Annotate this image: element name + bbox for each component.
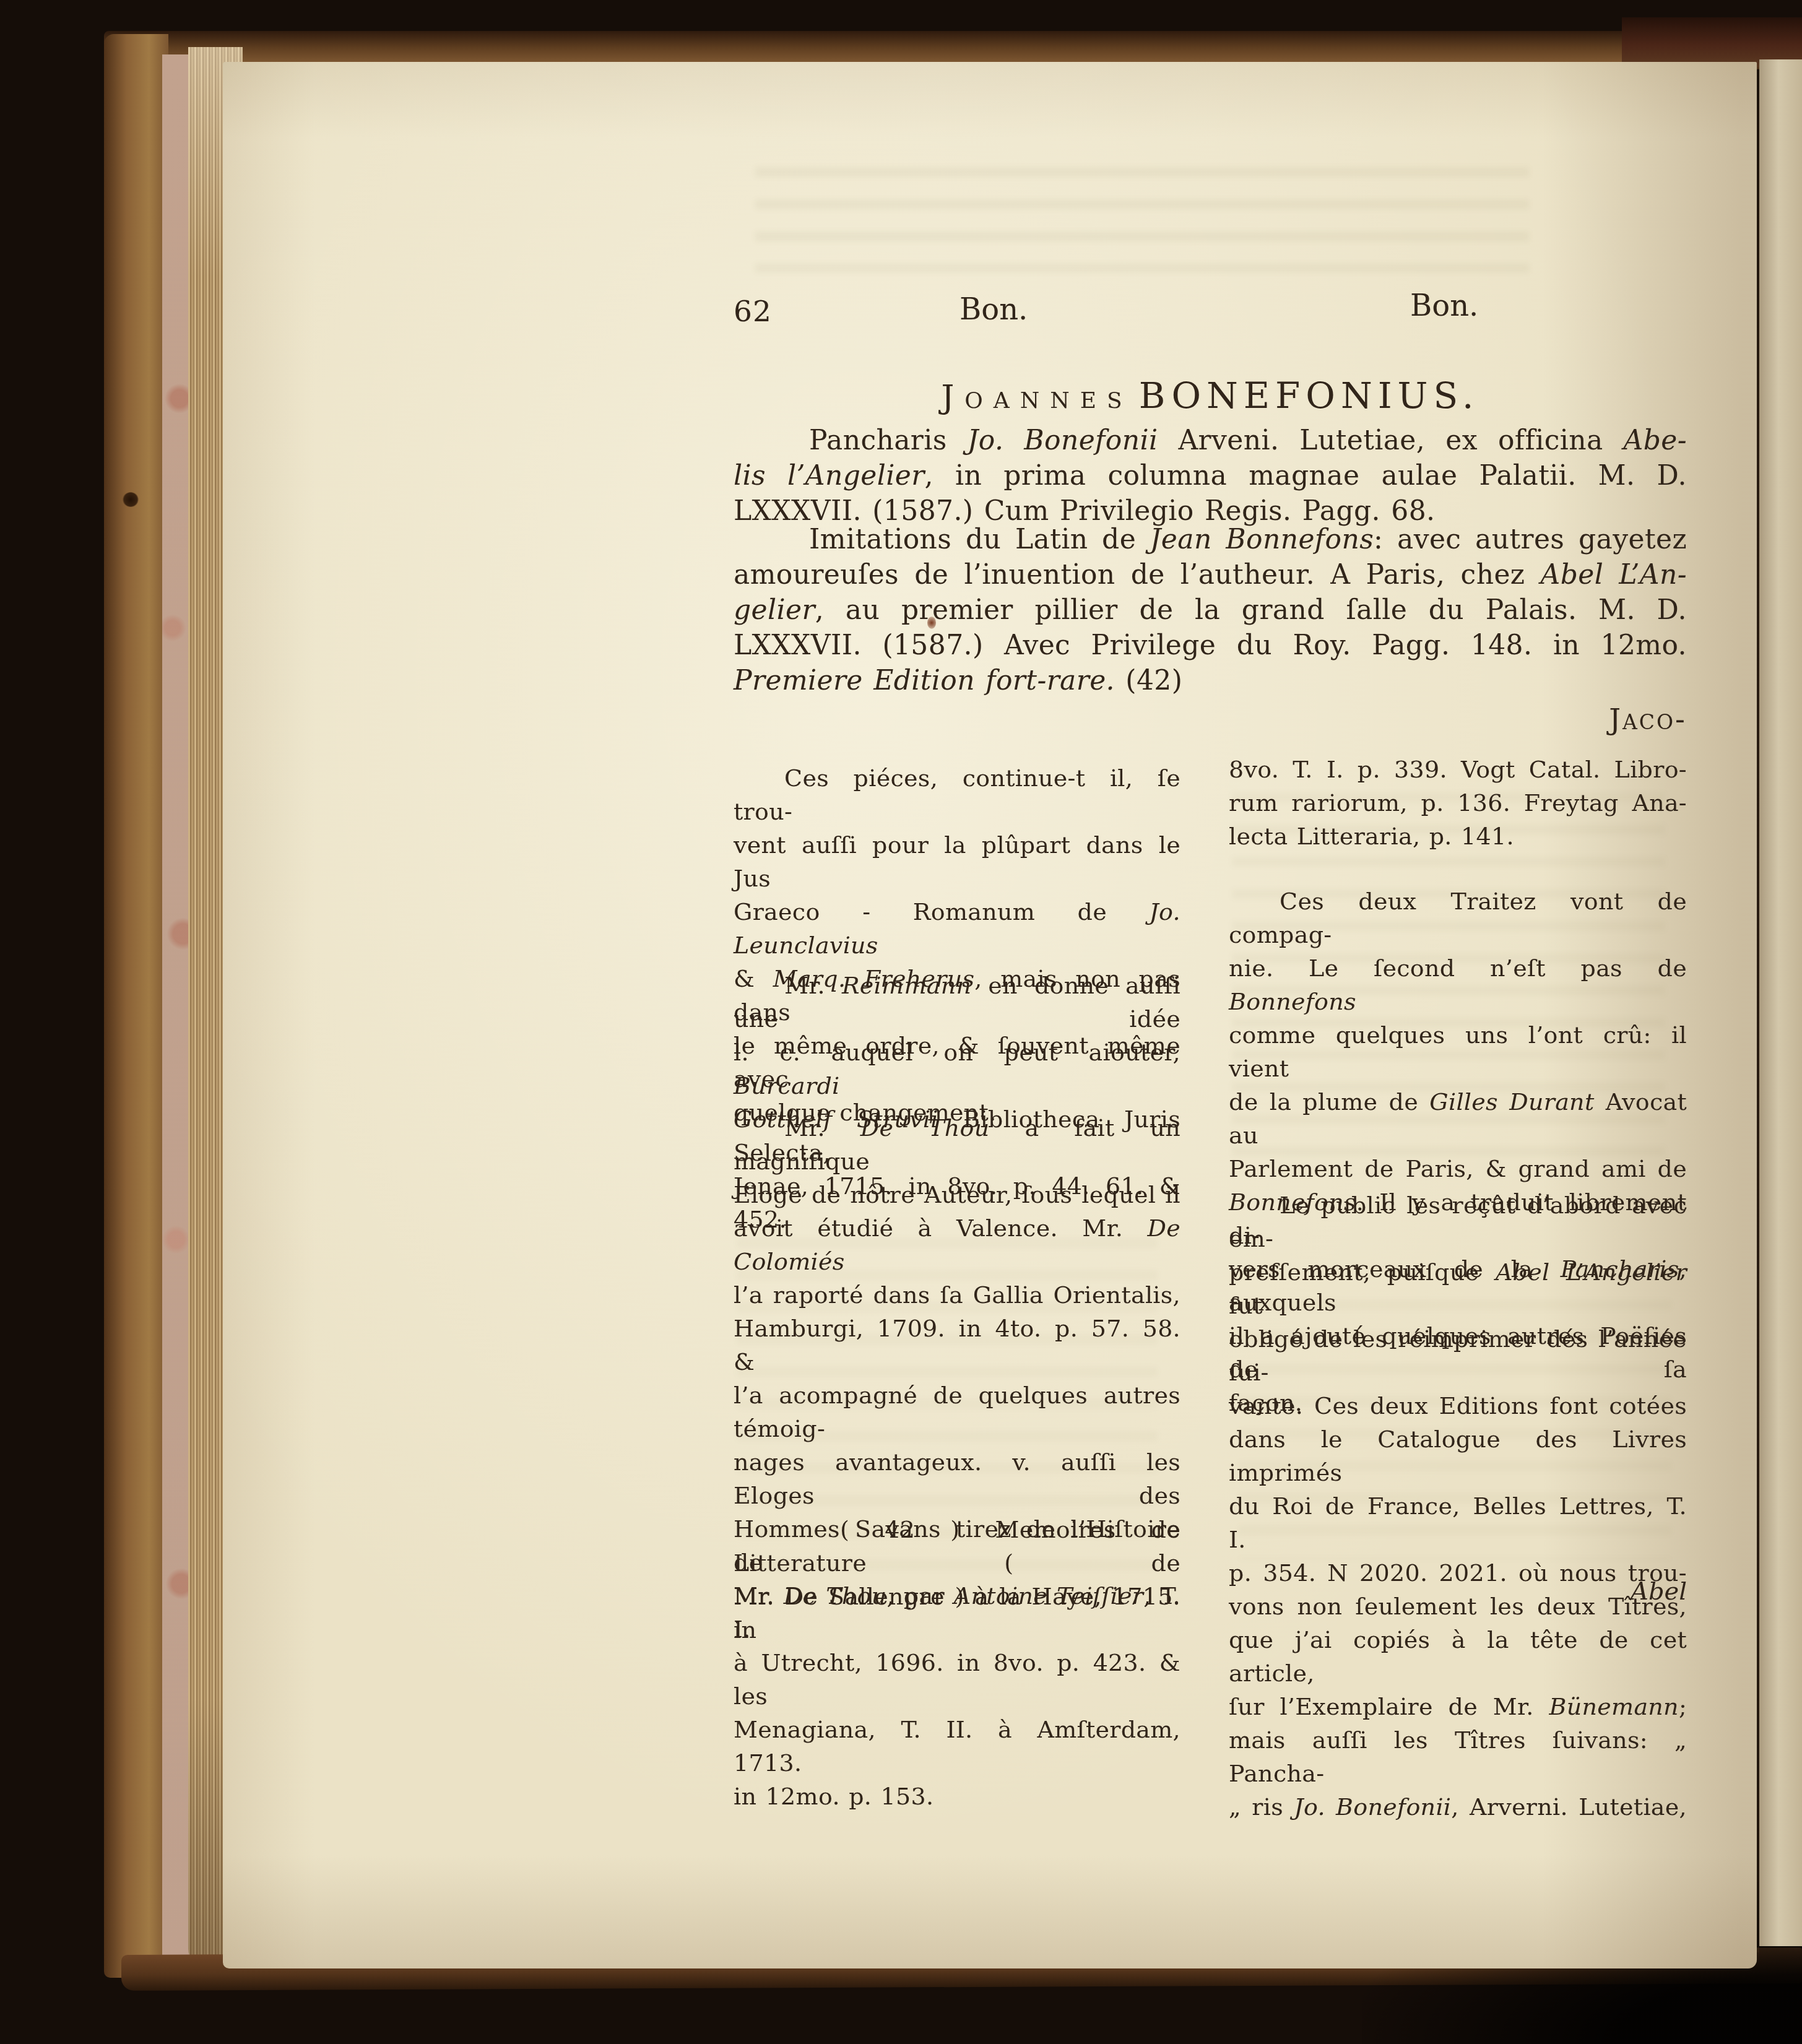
text-segment: Arveni. Lutetiae, ex officina: [1158, 425, 1623, 456]
text-line: Imitations du Latin de Jean Bonnefons: a…: [734, 522, 1687, 557]
text-segment: ;: [1679, 1693, 1687, 1720]
text-segment: Mr.: [784, 972, 842, 999]
text-segment: vante. Ces deux Editions font cotées: [1229, 1392, 1687, 1419]
text-line: Mr. Reimmann en donne auſſi une idée: [734, 969, 1180, 1036]
text-line: vante. Ces deux Editions font cotées: [1229, 1389, 1687, 1423]
text-segment: lecta Litteraria, p. 141.: [1229, 823, 1514, 850]
text-segment: Abe-: [1624, 425, 1687, 456]
text-line: nages avantageux. v. auſſi les Eloges de…: [734, 1445, 1180, 1512]
running-head-left: Bon.: [959, 292, 1028, 327]
text-segment: , in prima columna magnae aulae Palatii.…: [925, 460, 1687, 492]
text-segment: Jo. Bonefonii: [1294, 1793, 1451, 1821]
text-line: LXXXVII. (1587.) Avec Privilege du Roy. …: [734, 628, 1687, 663]
text-segment: Ces deux Traitez vont de compag-: [1229, 888, 1687, 948]
text-segment: dans le Catalogue des Livres imprimés: [1229, 1426, 1687, 1486]
text-line: lecta Litteraria, p. 141.: [1229, 820, 1687, 853]
text-line: l. c. auquel on peut aiouter, Burcardi: [734, 1036, 1180, 1102]
paragraph-de-thou: Mr. De Thou a fait un magnifiqueEloge de…: [734, 1111, 1180, 1813]
text-line: rum rariorum, p. 136. Freytag Ana-: [1229, 786, 1687, 820]
text-line: nie. Le ſecond n’eſt pas de Bonnefons: [1229, 951, 1687, 1018]
adjacent-page-edge: [1759, 59, 1802, 1946]
text-segment: Jo. Bonefonii: [968, 425, 1158, 456]
running-head-right: Bon.: [1410, 288, 1478, 323]
text-segment: Gilles Durant: [1429, 1088, 1594, 1115]
text-line: Parlement de Paris, & grand ami de: [1229, 1152, 1687, 1185]
text-line: 8vo. T. I. p. 339. Vogt Catal. Libro-: [1229, 753, 1687, 786]
text-line: amoureuſes de l’inuention de l’autheur. …: [734, 557, 1687, 592]
text-line: ( 42 ) Memoires de Litterature ( de: [734, 1513, 1180, 1580]
text-line: Mr. De Thou a fait un magnifique: [734, 1111, 1180, 1178]
text-segment: De Thou: [860, 1114, 990, 1141]
catchword-jaco: Jaco-: [734, 703, 1687, 737]
text-segment: „ ris: [1229, 1793, 1294, 1821]
text-line: de la plume de Gilles Durant Avocat au: [1229, 1085, 1687, 1152]
text-segment: avoit étudié à Valence. Mr.: [734, 1215, 1147, 1242]
text-segment: Parlement de Paris, & grand ami de: [1229, 1155, 1687, 1182]
text-line: „ ris Jo. Bonefonii, Arverni. Lutetiae,: [1229, 1790, 1687, 1824]
text-segment: Eloge de nôtre Auteur, ſous lequel il: [734, 1181, 1180, 1208]
text-segment: Mr.: [784, 1114, 860, 1141]
text-line: lis l’Angelier, in prima columna magnae …: [734, 458, 1687, 493]
text-segment: mais auſſi les Tîtres ſuivans: „ Pancha-: [1229, 1726, 1687, 1787]
text-segment: vent auſſi pour la plûpart dans le Jus: [734, 831, 1180, 892]
text-segment: l’a raporté dans ſa Gallia Orientalis,: [734, 1281, 1180, 1309]
text-line: obligé de les réimprimer dés l’année ſui…: [1229, 1322, 1687, 1389]
catchword-abel: Abel: [1229, 1577, 1687, 1606]
text-segment: nie. Le ſecond n’eſt pas de: [1229, 955, 1687, 982]
text-line: gelier, au premier pillier de la grand ſ…: [734, 592, 1687, 628]
paragraph-imitations: Imitations du Latin de Jean Bonnefons: a…: [734, 522, 1687, 698]
cover-stain-spot: [123, 492, 139, 507]
text-segment: Abel L’An-: [1541, 559, 1687, 591]
text-line: dans le Catalogue des Livres imprimés: [1229, 1423, 1687, 1489]
text-line: du Roi de France, Belles Lettres, T. I.: [1229, 1489, 1687, 1556]
text-line: l’a acompagné de quelques autres témoig-: [734, 1379, 1180, 1445]
text-line: Ces piéces, continue-t il, ſe trou-: [734, 761, 1180, 828]
text-line: Premiere Edition fort-rare. (42): [734, 663, 1687, 698]
text-line: Le public les reçût d’abord avec em-: [1229, 1189, 1687, 1255]
text-segment: ( 42 ) Memoires de Litterature ( de: [734, 1516, 1180, 1577]
text-segment: Hamburgi, 1709. in 4to. p. 57. 58. &: [734, 1315, 1180, 1375]
article-title-forename: Joannes: [941, 379, 1132, 416]
text-segment: Jean Bonnefons: [1150, 524, 1374, 555]
text-segment: Bünemann: [1549, 1693, 1678, 1720]
text-segment: fut: [1229, 1292, 1263, 1319]
text-line: Pancharis Jo. Bonefonii Arveni. Lutetiae…: [734, 423, 1687, 458]
text-line: vent auſſi pour la plûpart dans le Jus: [734, 828, 1180, 895]
text-segment: , au premier pillier de la grand ſalle d…: [815, 594, 1687, 626]
text-segment: l. c. auquel on peut aiouter,: [734, 1039, 1180, 1066]
text-line: Menagiana, T. II. à Amſterdam, 1713.: [734, 1713, 1180, 1780]
text-segment: Menagiana, T. II. à Amſterdam, 1713.: [734, 1716, 1180, 1777]
text-segment: du Roi de France, Belles Lettres, T. I.: [1229, 1492, 1687, 1553]
text-line: Mr. De Sallengre ) à la Haye, 1715. in: [734, 1580, 1180, 1647]
text-line: Graeco - Romanum de Jo. Leunclavius: [734, 895, 1180, 962]
text-segment: l’a acompagné de quelques autres témoig-: [734, 1382, 1180, 1442]
text-segment: (42): [1115, 665, 1182, 696]
text-segment: , Arverni. Lutetiae,: [1451, 1793, 1687, 1821]
article-title-surname: BONEFONIUS.: [1139, 375, 1479, 417]
text-line: Eloge de nôtre Auteur, ſous lequel il: [734, 1178, 1180, 1211]
text-segment: Mr. De Sallengre ) à la Haye, 1715. in: [734, 1583, 1180, 1643]
text-line: l’a raporté dans ſa Gallia Orientalis,: [734, 1278, 1180, 1312]
text-segment: lis l’Angelier: [734, 460, 925, 492]
text-segment: rum rariorum, p. 136. Freytag Ana-: [1229, 789, 1687, 816]
text-segment: amoureuſes de l’inuention de l’autheur. …: [734, 559, 1541, 591]
text-line: que j’ai copiés à la tête de cet article…: [1229, 1623, 1687, 1690]
article-title: JoannesBONEFONIUS.: [734, 375, 1687, 417]
paragraph-pancharis: Pancharis Jo. Bonefonii Arveni. Lutetiae…: [734, 423, 1687, 529]
text-segment: Pancharis: [809, 425, 968, 456]
text-segment: Graeco - Romanum de: [734, 898, 1150, 925]
text-segment: de la plume de: [1229, 1088, 1429, 1115]
text-line: Ces deux Traitez vont de compag-: [1229, 885, 1687, 951]
text-segment: gelier: [734, 594, 815, 626]
page-number: 62: [734, 295, 772, 329]
text-segment: 8vo. T. I. p. 339. Vogt Catal. Libro-: [1229, 756, 1687, 783]
paragraph-8vo-continuation: 8vo. T. I. p. 339. Vogt Catal. Libro-rum…: [1229, 753, 1687, 853]
text-segment: à Utrecht, 1696. in 8vo. p. 423. & les: [734, 1649, 1180, 1710]
text-segment: Premiere Edition fort-rare.: [734, 665, 1115, 696]
text-segment: LXXXVII. (1587.) Avec Privilege du Roy. …: [734, 630, 1687, 661]
text-segment: in 12mo. p. 153.: [734, 1783, 933, 1810]
text-segment: que j’ai copiés à la tête de cet article…: [1229, 1626, 1687, 1687]
text-segment: : avec autres gayetez: [1374, 524, 1687, 555]
text-segment: Burcardi: [734, 1072, 840, 1099]
photo-backdrop: 62 Bon. Bon. JoannesBONEFONIUS. Panchari…: [0, 0, 1802, 2044]
text-line: à Utrecht, 1696. in 8vo. p. 423. & les: [734, 1646, 1180, 1713]
book-left-cover-board: [104, 34, 168, 1978]
show-through-ghost: [755, 167, 1529, 272]
text-segment: preſſement, puiſque: [1229, 1258, 1496, 1286]
text-line: comme quelques uns l’ont crû: il vient: [1229, 1018, 1687, 1085]
text-segment: Abel L’Angelier: [1496, 1258, 1687, 1286]
text-segment: nages avantageux. v. auſſi les Eloges de…: [734, 1449, 1180, 1509]
text-line: in 12mo. p. 153.: [734, 1780, 1180, 1813]
text-line: Hamburgi, 1709. in 4to. p. 57. 58. &: [734, 1312, 1180, 1379]
text-line: ſur l’Exemplaire de Mr. Bünemann;: [1229, 1690, 1687, 1723]
text-line: preſſement, puiſque Abel L’Angelier fut: [1229, 1255, 1687, 1322]
paragraph-le-public: Le public les reçût d’abord avec em-preſ…: [1229, 1189, 1687, 1824]
text-segment: obligé de les réimprimer dés l’année ſui…: [1229, 1325, 1687, 1386]
text-segment: Reimmann: [842, 972, 971, 999]
text-segment: Le public les reçût d’abord avec em-: [1229, 1192, 1687, 1252]
text-segment: Imitations du Latin de: [809, 524, 1150, 555]
text-segment: Ces piéces, continue-t il, ſe trou-: [734, 764, 1180, 825]
text-segment: comme quelques uns l’ont crû: il vient: [1229, 1021, 1687, 1082]
text-segment: Bonnefons: [1229, 988, 1356, 1015]
book-page: 62 Bon. Bon. JoannesBONEFONIUS. Panchari…: [223, 62, 1757, 1968]
text-segment: ſur l’Exemplaire de Mr.: [1229, 1693, 1549, 1720]
text-line: mais auſſi les Tîtres ſuivans: „ Pancha-: [1229, 1723, 1687, 1790]
text-line: avoit étudié à Valence. Mr. De Colomiés: [734, 1211, 1180, 1278]
footnote-42: ( 42 ) Memoires de Litterature ( deMr. D…: [734, 1513, 1180, 1647]
